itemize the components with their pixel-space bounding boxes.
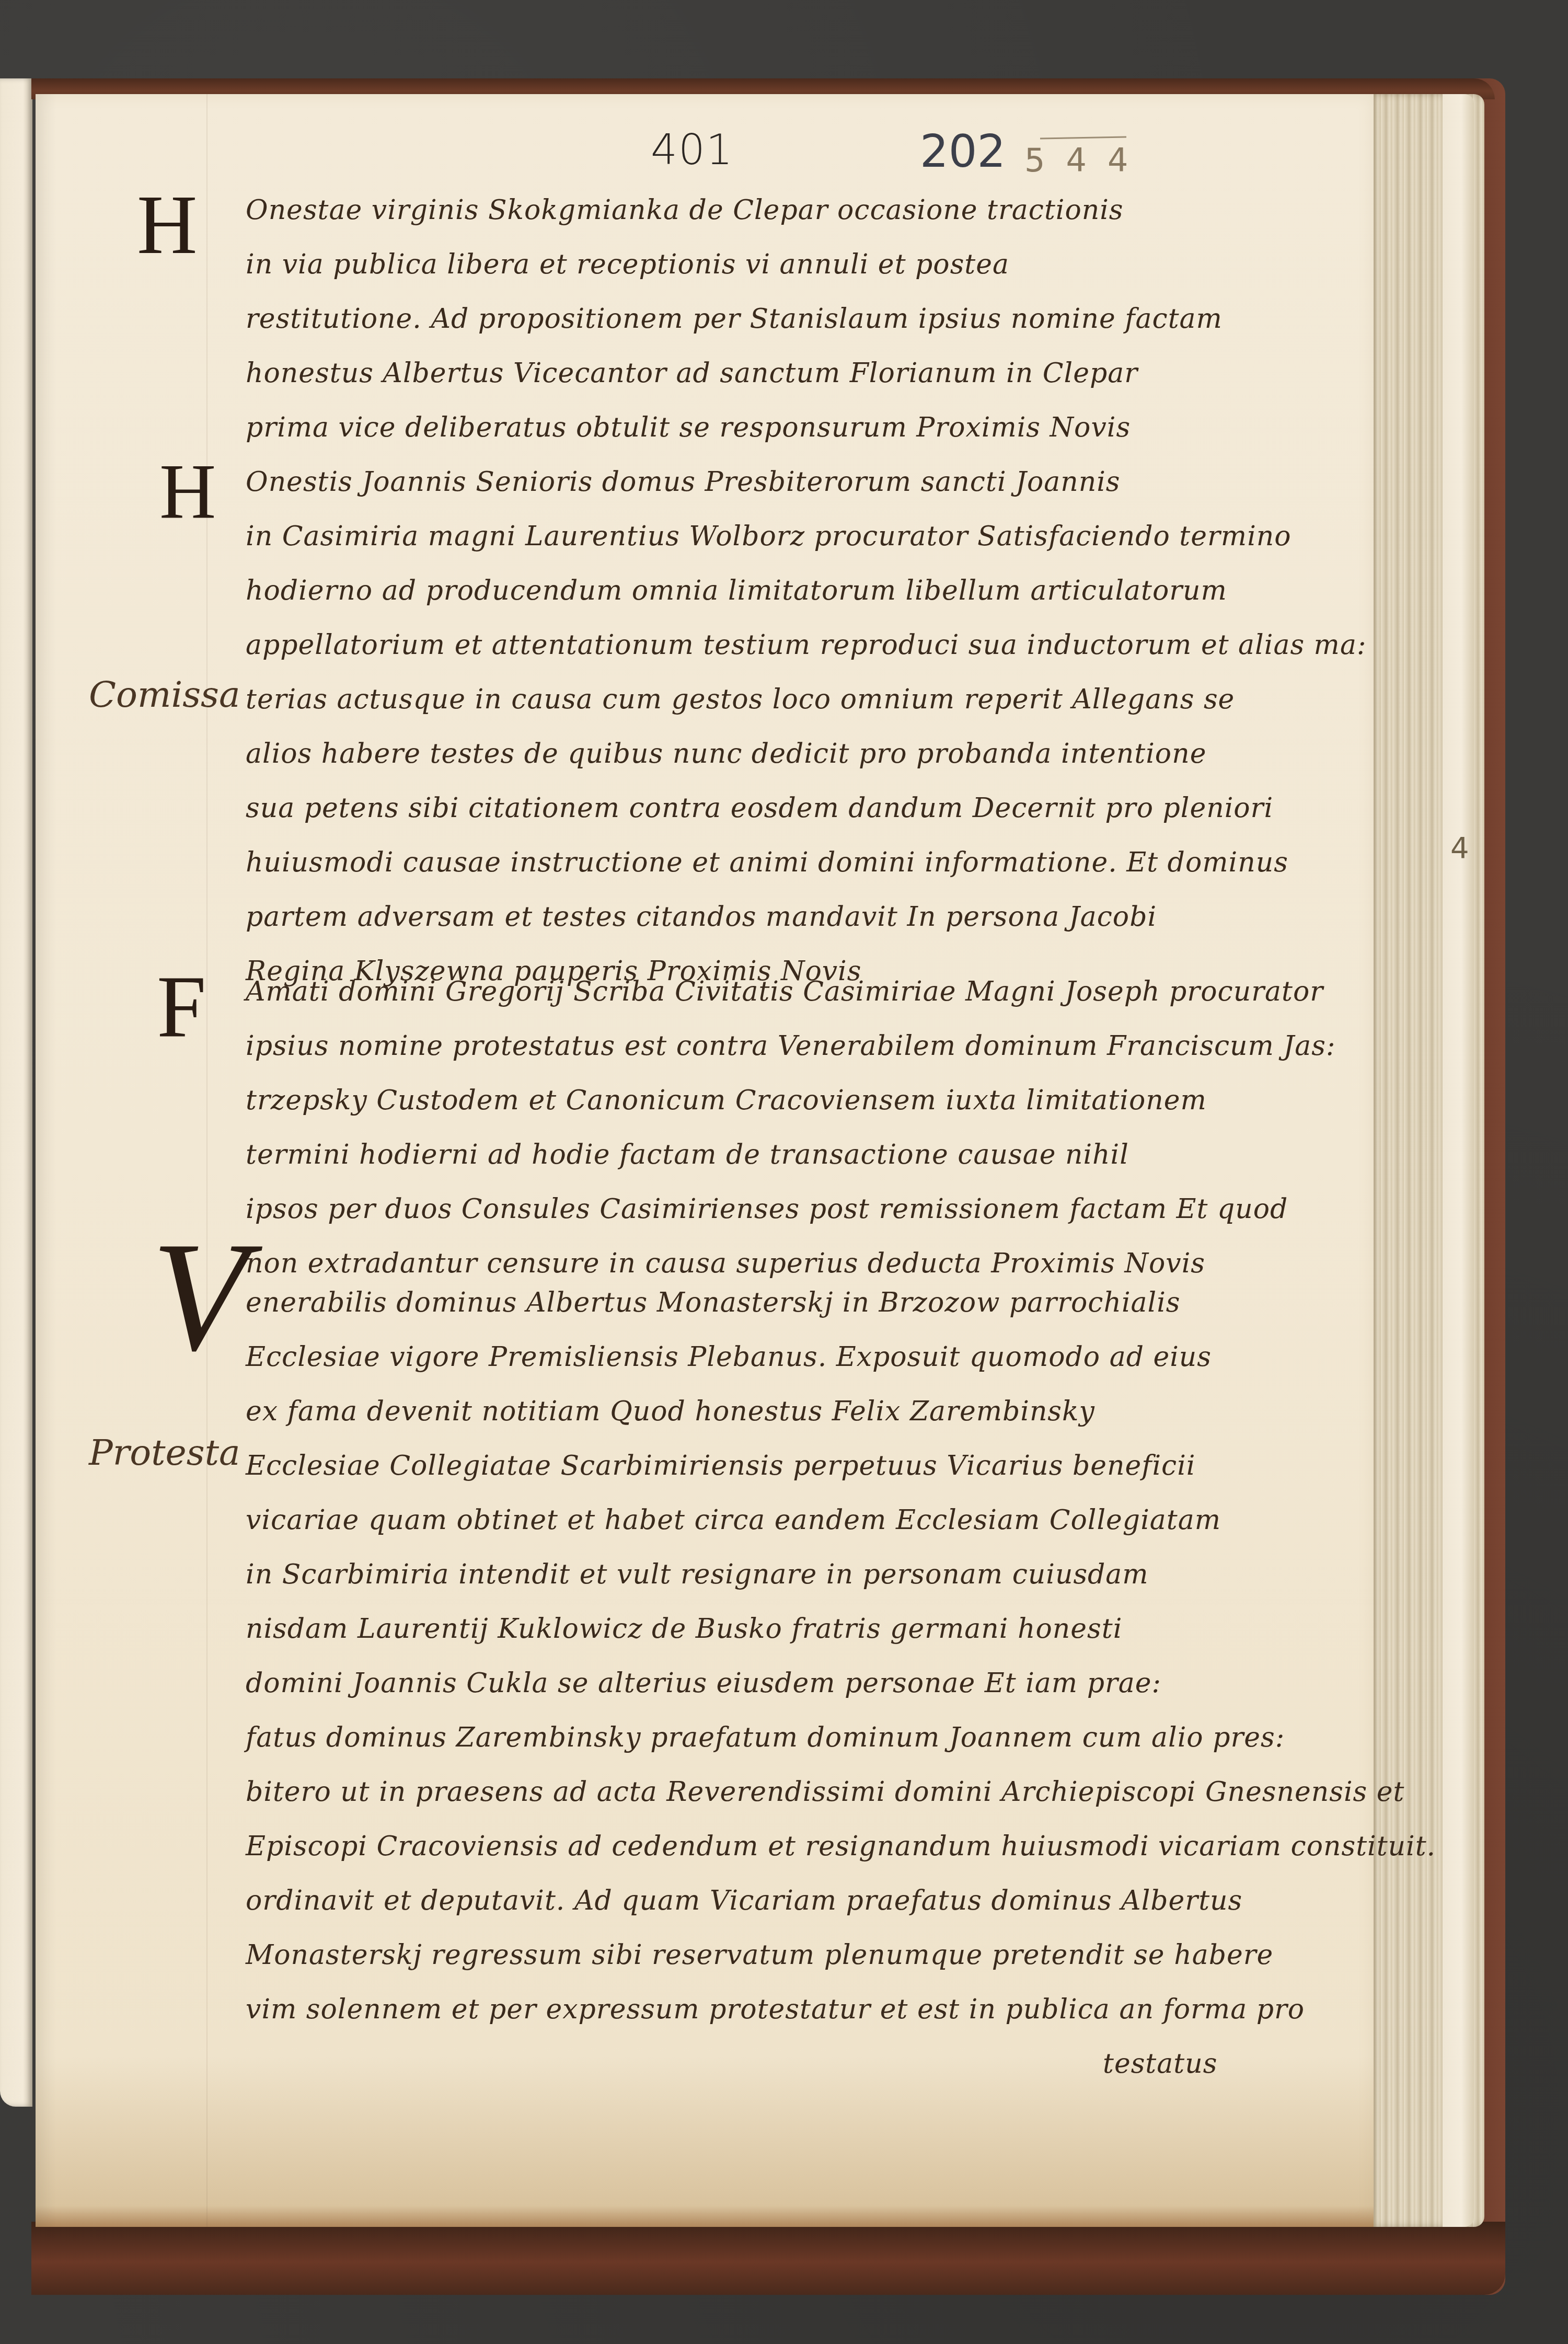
text-line: ex fama devenit notitiam Quod honestus F… [246,1384,1354,1439]
text-line: in via publica libera et receptionis vi … [246,237,1354,292]
text-line: bitero ut in praesens ad acta Reverendis… [246,1765,1354,1819]
margin-note-protesta: Protesta [89,1432,240,1474]
text-line: terias actusque in causa cum gestos loco… [246,672,1354,727]
foliation-number-primary: 401 [651,125,734,174]
text-line: alios habere testes de quibus nunc dedic… [246,727,1354,781]
text-line: Episcopi Cracoviensis ad cedendum et res… [246,1819,1354,1874]
text-line: ordinavit et deputavit. Ad quam Vicariam… [246,1874,1354,1928]
text-line: vicariae quam obtinet et habet circa ean… [246,1493,1354,1547]
foliation-number-secondary: 202 [920,125,1006,178]
text-line: in Scarbimiria intendit et vult resignar… [246,1547,1354,1602]
fore-edge-mark: 4 [1450,831,1469,865]
text-line: appellatorium et attentationum testium r… [246,618,1354,672]
text-line: honestus Albertus Vicecantor ad sanctum … [246,346,1354,400]
text-line: Monasterskj regressum sibi reservatum pl… [246,1928,1354,1982]
text-line: ipsius nomine protestatus est contra Ven… [246,1019,1354,1073]
text-line: partem adversam et testes citandos manda… [246,890,1354,944]
text-line: Ecclesiae vigore Premisliensis Plebanus.… [246,1330,1354,1384]
text-line: Onestae virginis Skokgmianka de Clepar o… [246,183,1354,237]
initial-letter-f: F [157,962,206,1051]
text-line: Ecclesiae Collegiatae Scarbimiriensis pe… [246,1439,1354,1493]
initial-letter-v: V [152,1218,247,1375]
paragraph-1: Onestae virginis Skokgmianka de Clepar o… [246,183,1354,455]
text-line: sua petens sibi citationem contra eosdem… [246,781,1354,835]
text-line: hodierno ad producendum omnia limitatoru… [246,564,1354,618]
text-line: prima vice deliberatus obtulit se respon… [246,400,1354,455]
paragraph-3: Amati domini Gregorij Scriba Civitatis C… [246,964,1354,1291]
text-line: testatus [246,2037,1354,2091]
text-line: domini Joannis Cukla se alterius eiusdem… [246,1656,1354,1710]
text-line: vim solennem et per expressum protestatu… [246,1982,1354,2037]
margin-note-comissa: Comissa [89,674,240,716]
page-fore-edge [1443,94,1474,2227]
paragraph-4: enerabilis dominus Albertus Monasterskj … [246,1276,1354,2091]
text-line: enerabilis dominus Albertus Monasterskj … [246,1276,1354,1330]
initial-letter-h: H [159,452,216,531]
margin-ruling-line [206,94,207,2227]
binding-cover-bottom [31,2222,1505,2295]
text-line: in Casimiria magni Laurentius Wolborz pr… [246,509,1354,564]
paragraph-2: Onestis Joannis Senioris domus Presbiter… [246,455,1354,998]
text-line: restitutione. Ad propositionem per Stani… [246,292,1354,346]
text-line: termini hodierni ad hodie factam de tran… [246,1128,1354,1182]
text-line: trzepsky Custodem et Canonicum Cracovien… [246,1073,1354,1128]
text-line: ipsos per duos Consules Casimirienses po… [246,1182,1354,1236]
text-line: Onestis Joannis Senioris domus Presbiter… [246,455,1354,509]
foliation-number-tertiary: 544 [1024,141,1149,179]
text-line: nisdam Laurentij Kuklowicz de Busko frat… [246,1602,1354,1656]
text-line: fatus dominus Zarembinsky praefatum domi… [246,1710,1354,1765]
text-line: Amati domini Gregorij Scriba Civitatis C… [246,964,1354,1019]
facing-page-edge [0,78,32,2107]
text-line: huiusmodi causae instructione et animi d… [246,835,1354,890]
initial-letter-h: H [137,183,198,267]
